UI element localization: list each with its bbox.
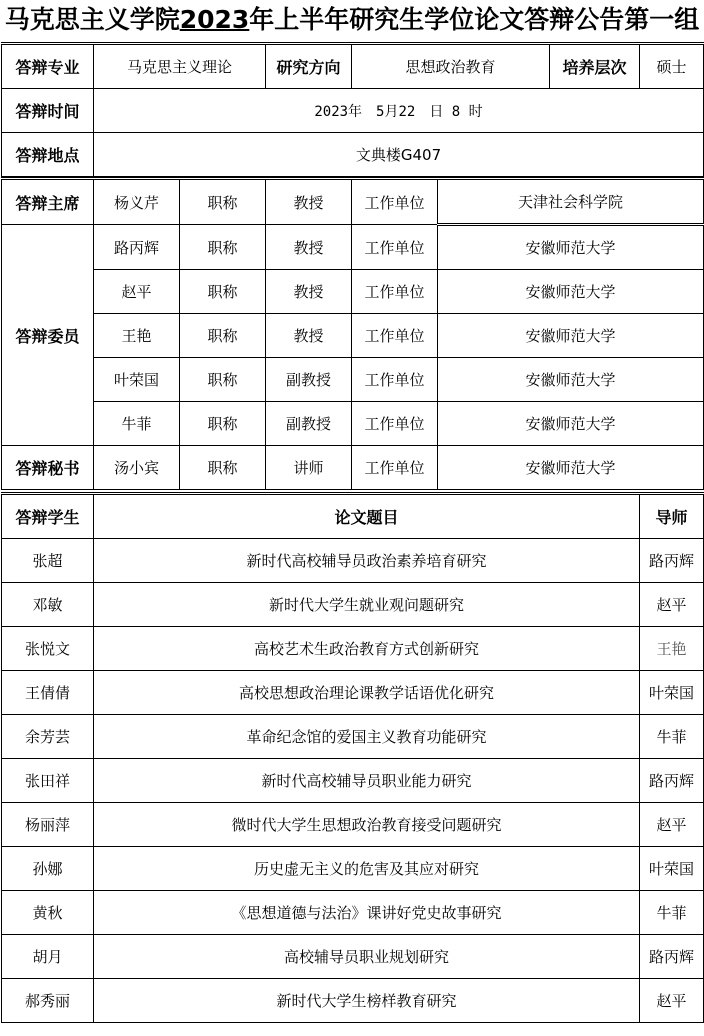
info-table: 答辩专业 马克思主义理论 研究方向 思想政治教育 培养层次 硕士 答辩时间 20… xyxy=(1,42,704,177)
unit-label: 工作单位 xyxy=(352,314,438,358)
member-unit: 安徽师范大学 xyxy=(438,314,704,358)
table-row: 黄秋 《思想道德与法治》课讲好党史故事研究 牛菲 xyxy=(2,891,704,935)
student-name: 黄秋 xyxy=(2,891,94,935)
member-unit: 安徽师范大学 xyxy=(438,402,704,446)
unit-label: 工作单位 xyxy=(352,270,438,314)
student-name: 张悦文 xyxy=(2,627,94,671)
thesis-title: 微时代大学生思想政治教育接受问题研究 xyxy=(94,803,640,847)
member-title: 教授 xyxy=(266,314,352,358)
title-prefix: 马克思主义学院 xyxy=(5,5,180,34)
student-name: 胡月 xyxy=(2,935,94,979)
title-label: 职称 xyxy=(180,225,266,270)
place-label: 答辩地点 xyxy=(2,133,94,177)
committee-table: 答辩主席 杨义芹 职称 教授 工作单位 天津社会科学院 答辩委员 路丙辉 职称 … xyxy=(1,177,704,490)
chair-unit: 天津社会科学院 xyxy=(438,179,704,225)
table-row: 张田祥 新时代高校辅导员职业能力研究 路丙辉 xyxy=(2,759,704,803)
title-label: 职称 xyxy=(180,270,266,314)
time-label: 答辩时间 xyxy=(2,89,94,133)
title-year: 2023 xyxy=(180,5,250,34)
student-name: 孙娜 xyxy=(2,847,94,891)
thesis-title: 新时代高校辅导员政治素养培育研究 xyxy=(94,539,640,583)
member-title: 教授 xyxy=(266,225,352,270)
member-unit: 安徽师范大学 xyxy=(438,225,704,270)
member-title: 副教授 xyxy=(266,358,352,402)
members-label: 答辩委员 xyxy=(2,225,94,446)
member-row: 赵平 职称 教授 工作单位 安徽师范大学 xyxy=(2,270,704,314)
table-row: 余芳芸 革命纪念馆的爱国主义教育功能研究 牛菲 xyxy=(2,715,704,759)
thesis-title: 历史虚无主义的危害及其应对研究 xyxy=(94,847,640,891)
thesis-title: 《思想道德与法治》课讲好党史故事研究 xyxy=(94,891,640,935)
member-name: 王艳 xyxy=(94,314,180,358)
thesis-title: 高校思想政治理论课教学话语优化研究 xyxy=(94,671,640,715)
advisor-name: 路丙辉 xyxy=(640,935,704,979)
thesis-header: 论文题目 xyxy=(94,494,640,539)
major-value: 马克思主义理论 xyxy=(94,44,266,89)
place-row: 答辩地点 文典楼G407 xyxy=(2,133,704,177)
title-label: 职称 xyxy=(180,314,266,358)
member-unit: 安徽师范大学 xyxy=(438,358,704,402)
place-value: 文典楼G407 xyxy=(94,133,704,177)
table-row: 孙娜 历史虚无主义的危害及其应对研究 叶荣国 xyxy=(2,847,704,891)
member-name: 叶荣国 xyxy=(94,358,180,402)
member-name: 赵平 xyxy=(94,270,180,314)
thesis-title: 新时代大学生就业观问题研究 xyxy=(94,583,640,627)
advisor-name: 王艳 xyxy=(640,627,704,671)
thesis-title: 高校辅导员职业规划研究 xyxy=(94,935,640,979)
advisor-name: 叶荣国 xyxy=(640,671,704,715)
advisor-name: 牛菲 xyxy=(640,891,704,935)
title-suffix: 年上半年研究生学位论文答辩公告第一组 xyxy=(249,5,699,34)
time-value: 2023年 5月22 日 8 时 xyxy=(94,89,704,133)
title-label: 职称 xyxy=(180,358,266,402)
level-value: 硕士 xyxy=(640,44,704,89)
secretary-row: 答辩秘书 汤小宾 职称 讲师 工作单位 安徽师范大学 xyxy=(2,446,704,490)
time-row: 答辩时间 2023年 5月22 日 8 时 xyxy=(2,89,704,133)
table-row: 郝秀丽 新时代大学生榜样教育研究 赵平 xyxy=(2,979,704,1023)
member-name: 牛菲 xyxy=(94,402,180,446)
table-row: 张悦文 高校艺术生政治教育方式创新研究 王艳 xyxy=(2,627,704,671)
direction-value: 思想政治教育 xyxy=(352,44,550,89)
title-label: 职称 xyxy=(180,402,266,446)
student-name: 张超 xyxy=(2,539,94,583)
member-row: 答辩委员 路丙辉 职称 教授 工作单位 安徽师范大学 xyxy=(2,225,704,270)
unit-label: 工作单位 xyxy=(352,179,438,225)
thesis-title: 革命纪念馆的爱国主义教育功能研究 xyxy=(94,715,640,759)
thesis-title: 新时代大学生榜样教育研究 xyxy=(94,979,640,1023)
member-title: 教授 xyxy=(266,270,352,314)
student-name: 余芳芸 xyxy=(2,715,94,759)
member-unit: 安徽师范大学 xyxy=(438,270,704,314)
student-header: 答辩学生 xyxy=(2,494,94,539)
title-label: 职称 xyxy=(180,446,266,490)
advisor-name: 赵平 xyxy=(640,583,704,627)
table-row: 张超 新时代高校辅导员政治素养培育研究 路丙辉 xyxy=(2,539,704,583)
chair-label: 答辩主席 xyxy=(2,179,94,225)
students-header-row: 答辩学生 论文题目 导师 xyxy=(2,494,704,539)
advisor-name: 叶荣国 xyxy=(640,847,704,891)
member-row: 叶荣国 职称 副教授 工作单位 安徽师范大学 xyxy=(2,358,704,402)
secretary-unit: 安徽师范大学 xyxy=(438,446,704,490)
advisor-name: 路丙辉 xyxy=(640,759,704,803)
unit-label: 工作单位 xyxy=(352,446,438,490)
major-row: 答辩专业 马克思主义理论 研究方向 思想政治教育 培养层次 硕士 xyxy=(2,44,704,89)
secretary-label: 答辩秘书 xyxy=(2,446,94,490)
student-name: 郝秀丽 xyxy=(2,979,94,1023)
title-label: 职称 xyxy=(180,179,266,225)
advisor-name: 牛菲 xyxy=(640,715,704,759)
unit-label: 工作单位 xyxy=(352,402,438,446)
major-label: 答辩专业 xyxy=(2,44,94,89)
direction-label: 研究方向 xyxy=(266,44,352,89)
unit-label: 工作单位 xyxy=(352,358,438,402)
table-row: 杨丽萍 微时代大学生思想政治教育接受问题研究 赵平 xyxy=(2,803,704,847)
advisor-header: 导师 xyxy=(640,494,704,539)
level-label: 培养层次 xyxy=(550,44,640,89)
student-name: 杨丽萍 xyxy=(2,803,94,847)
advisor-name: 路丙辉 xyxy=(640,539,704,583)
students-table: 答辩学生 论文题目 导师 张超 新时代高校辅导员政治素养培育研究 路丙辉 邓敏 … xyxy=(1,492,704,1023)
advisor-name: 赵平 xyxy=(640,803,704,847)
chair-title: 教授 xyxy=(266,179,352,225)
thesis-title: 新时代高校辅导员职业能力研究 xyxy=(94,759,640,803)
thesis-title: 高校艺术生政治教育方式创新研究 xyxy=(94,627,640,671)
page-title: 马克思主义学院2023年上半年研究生学位论文答辩公告第一组 xyxy=(0,0,704,41)
student-name: 王倩倩 xyxy=(2,671,94,715)
secretary-name: 汤小宾 xyxy=(94,446,180,490)
student-name: 邓敏 xyxy=(2,583,94,627)
advisor-name: 赵平 xyxy=(640,979,704,1023)
member-name: 路丙辉 xyxy=(94,225,180,270)
table-row: 胡月 高校辅导员职业规划研究 路丙辉 xyxy=(2,935,704,979)
member-row: 王艳 职称 教授 工作单位 安徽师范大学 xyxy=(2,314,704,358)
member-title: 副教授 xyxy=(266,402,352,446)
member-row: 牛菲 职称 副教授 工作单位 安徽师范大学 xyxy=(2,402,704,446)
secretary-title: 讲师 xyxy=(266,446,352,490)
unit-label: 工作单位 xyxy=(352,225,438,270)
student-name: 张田祥 xyxy=(2,759,94,803)
table-row: 邓敏 新时代大学生就业观问题研究 赵平 xyxy=(2,583,704,627)
chair-row: 答辩主席 杨义芹 职称 教授 工作单位 天津社会科学院 xyxy=(2,179,704,225)
chair-name: 杨义芹 xyxy=(94,179,180,225)
table-row: 王倩倩 高校思想政治理论课教学话语优化研究 叶荣国 xyxy=(2,671,704,715)
